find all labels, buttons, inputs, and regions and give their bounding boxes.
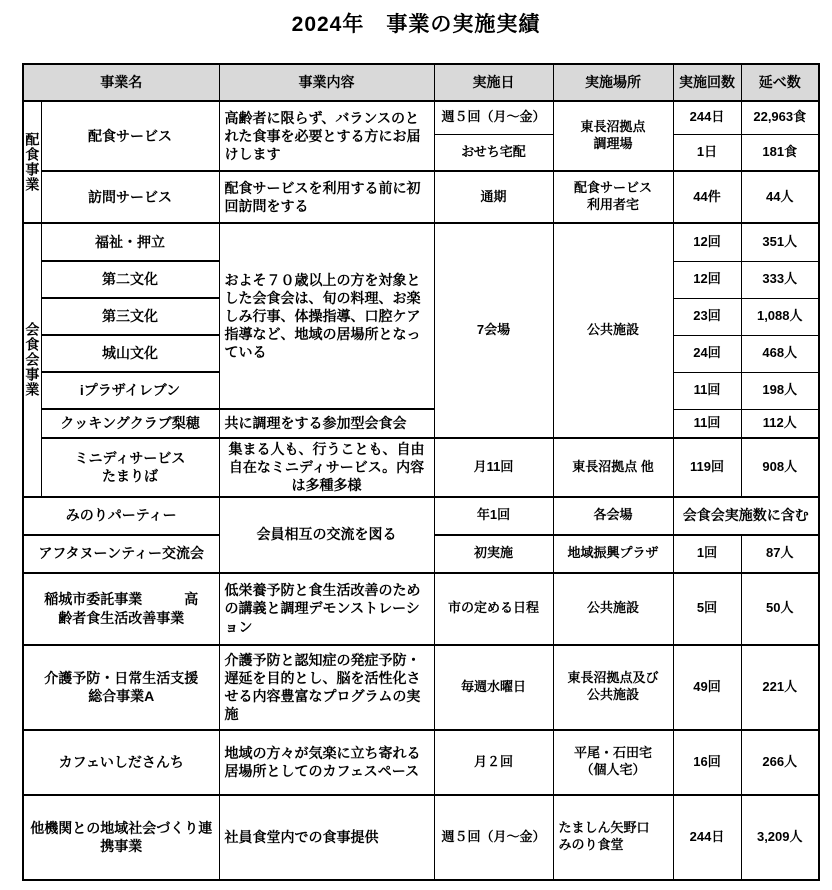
cell-r6-total: 1,088人 — [741, 298, 819, 335]
cell-r12-total: 87人 — [741, 535, 819, 573]
cell-r3-count: 44件 — [673, 171, 741, 223]
table-row: ミニディサービス たまりば 集まる人も、行うことも、自由自在なミニディサービス。… — [23, 438, 819, 497]
cell-r14-count: 49回 — [673, 645, 741, 730]
cell-r1-name: 配食サービス — [41, 101, 219, 171]
cell-r4-count: 12回 — [673, 223, 741, 261]
col-header-date: 実施日 — [434, 64, 553, 101]
table-row: 稲城市委託事業 高 齢者食生活改善事業 低栄養予防と食生活改善のための講義と調理… — [23, 573, 819, 645]
cell-r11-note: 会食会実施数に含む — [673, 497, 819, 535]
cell-r14-total: 221人 — [741, 645, 819, 730]
cell-r3-content: 配食サービスを利用する前に初回訪問をする — [219, 171, 434, 223]
col-header-content: 事業内容 — [219, 64, 434, 101]
cell-r10-total: 908人 — [741, 438, 819, 497]
table-row: 配食事業 配食サービス 高齢者に限らず、バランスのとれた食事を必要とする方にお届… — [23, 101, 819, 134]
cell-r13-place: 公共施設 — [553, 573, 673, 645]
cell-r3-name: 訪問サービス — [41, 171, 219, 223]
cell-r7-total: 468人 — [741, 335, 819, 372]
cell-r12-count: 1回 — [673, 535, 741, 573]
cell-r7-count: 24回 — [673, 335, 741, 372]
cell-r10-content: 集まる人も、行うことも、自由自在なミニディサービス。内容は多種多様 — [219, 438, 434, 497]
col-header-name: 事業名 — [23, 64, 219, 101]
cell-r4-name: 福祉・押立 — [41, 223, 219, 261]
cell-r15-count: 16回 — [673, 730, 741, 795]
table-row: クッキングクラブ梨穂 共に調理をする参加型会食会 11回 112人 — [23, 409, 819, 438]
cell-r7-name: 城山文化 — [41, 335, 219, 372]
col-header-count: 実施回数 — [673, 64, 741, 101]
cell-r11-content: 会員相互の交流を図る — [219, 497, 434, 573]
cell-r4-place: 公共施設 — [553, 223, 673, 438]
cell-r1-place: 東長沼拠点 調理場 — [553, 101, 673, 171]
cell-r13-date: 市の定める日程 — [434, 573, 553, 645]
cell-r2-date: おせち宅配 — [434, 134, 553, 171]
cell-r14-content: 介護予防と認知症の発症予防・遅延を目的とし、脳を活性化させる内容豊富なプログラム… — [219, 645, 434, 730]
cell-r10-place: 東長沼拠点 他 — [553, 438, 673, 497]
cell-r9-name: クッキングクラブ梨穂 — [41, 409, 219, 438]
cell-r12-date: 初実施 — [434, 535, 553, 573]
cell-r9-total: 112人 — [741, 409, 819, 438]
cell-r1-date: 週５回（月～金） — [434, 101, 553, 134]
cell-r15-date: 月２回 — [434, 730, 553, 795]
cell-r13-content: 低栄養予防と食生活改善のための講義と調理デモンストレーション — [219, 573, 434, 645]
col-header-total: 延べ数 — [741, 64, 819, 101]
table-row: 他機関との地域社会づくり連 携事業 社員食堂内での食事提供 週５回（月～金） た… — [23, 795, 819, 880]
cell-r15-content: 地域の方々が気楽に立ち寄れる居場所としてのカフェスペース — [219, 730, 434, 795]
cell-r1-content: 高齢者に限らず、バランスのとれた食事を必要とする方にお届けします — [219, 101, 434, 171]
cell-r16-name: 他機関との地域社会づくり連 携事業 — [23, 795, 219, 880]
header-row: 事業名 事業内容 実施日 実施場所 実施回数 延べ数 — [23, 64, 819, 101]
cell-r16-count: 244日 — [673, 795, 741, 880]
cell-r16-date: 週５回（月～金） — [434, 795, 553, 880]
cell-r5-name: 第二文化 — [41, 261, 219, 298]
cell-r6-name: 第三文化 — [41, 298, 219, 335]
cell-r11-date: 年1回 — [434, 497, 553, 535]
cell-r12-place: 地域振興プラザ — [553, 535, 673, 573]
cell-r3-date: 通期 — [434, 171, 553, 223]
cell-r14-name: 介護予防・日常生活支援 総合事業A — [23, 645, 219, 730]
cell-r14-date: 毎週水曜日 — [434, 645, 553, 730]
table-row: 会食会事業 福祉・押立 およそ７０歳以上の方を対象とした会食会は、旬の料理、お楽… — [23, 223, 819, 261]
col-header-place: 実施場所 — [553, 64, 673, 101]
cell-r2-total: 181食 — [741, 134, 819, 171]
page-title: 2024年 事業の実施実績 — [0, 8, 832, 38]
cell-r1-total: 22,963食 — [741, 101, 819, 134]
cell-r8-total: 198人 — [741, 372, 819, 409]
cell-r4-total: 351人 — [741, 223, 819, 261]
report-table: 事業名 事業内容 実施日 実施場所 実施回数 延べ数 配食事業 配食サービス 高… — [22, 63, 820, 881]
table-row: みのりパーティー 会員相互の交流を図る 年1回 各会場 会食会実施数に含む — [23, 497, 819, 535]
cell-r16-content: 社員食堂内での食事提供 — [219, 795, 434, 880]
cell-r15-total: 266人 — [741, 730, 819, 795]
cell-r5-total: 333人 — [741, 261, 819, 298]
cell-r11-place: 各会場 — [553, 497, 673, 535]
cell-r2-count: 1日 — [673, 134, 741, 171]
cell-r1-count: 244日 — [673, 101, 741, 134]
cell-r10-date: 月11回 — [434, 438, 553, 497]
cell-r8-count: 11回 — [673, 372, 741, 409]
group-label-delivery: 配食事業 — [23, 101, 41, 223]
cell-r5-count: 12回 — [673, 261, 741, 298]
cell-r10-count: 119回 — [673, 438, 741, 497]
cell-r6-count: 23回 — [673, 298, 741, 335]
cell-r15-name: カフェいしださんち — [23, 730, 219, 795]
table-row: 訪問サービス 配食サービスを利用する前に初回訪問をする 通期 配食サービス 利用… — [23, 171, 819, 223]
group-label-dining: 会食会事業 — [23, 223, 41, 497]
cell-r16-place: たましん矢野口 みのり食堂 — [553, 795, 673, 880]
cell-r14-place: 東長沼拠点及び 公共施設 — [553, 645, 673, 730]
table-row: 介護予防・日常生活支援 総合事業A 介護予防と認知症の発症予防・遅延を目的とし、… — [23, 645, 819, 730]
cell-r9-content: 共に調理をする参加型会食会 — [219, 409, 434, 438]
cell-r4-date: 7会場 — [434, 223, 553, 438]
table-row: カフェいしださんち 地域の方々が気楽に立ち寄れる居場所としてのカフェスペース 月… — [23, 730, 819, 795]
cell-r11-name: みのりパーティー — [23, 497, 219, 535]
cell-r3-total: 44人 — [741, 171, 819, 223]
cell-r3-place: 配食サービス 利用者宅 — [553, 171, 673, 223]
cell-r4-content: およそ７０歳以上の方を対象とした会食会は、旬の料理、お楽しみ行事、体操指導、口腔… — [219, 223, 434, 409]
cell-r13-count: 5回 — [673, 573, 741, 645]
cell-r16-total: 3,209人 — [741, 795, 819, 880]
cell-r9-count: 11回 — [673, 409, 741, 438]
cell-r13-total: 50人 — [741, 573, 819, 645]
cell-r12-name: アフタヌーンティー交流会 — [23, 535, 219, 573]
cell-r10-name: ミニディサービス たまりば — [41, 438, 219, 497]
cell-r13-name: 稲城市委託事業 高 齢者食生活改善事業 — [23, 573, 219, 645]
cell-r15-place: 平尾・石田宅 （個人宅） — [553, 730, 673, 795]
cell-r8-name: iプラザイレブン — [41, 372, 219, 409]
